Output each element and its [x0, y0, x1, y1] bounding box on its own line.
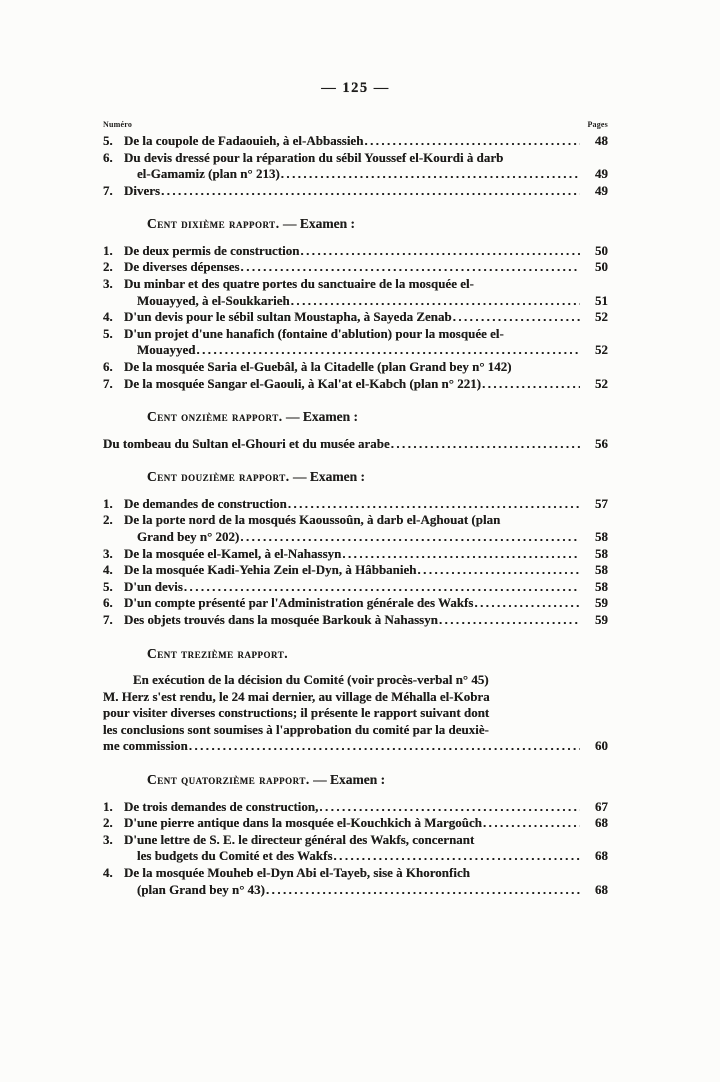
dot-leader: [364, 133, 580, 150]
dot-leader: [281, 166, 580, 183]
dot-leader: [474, 595, 580, 612]
pages-column-label: Pages: [587, 120, 608, 129]
page-ref: 52: [583, 376, 608, 393]
dot-leader: [418, 562, 580, 579]
toc-section: Cent dixième rapport. — Examen :1.De deu…: [103, 216, 608, 392]
column-headers: Numéro Pages: [103, 120, 608, 129]
toc-entry: 7.De la mosquée Sangar el-Gaouli, à Kal'…: [103, 376, 608, 393]
entry-text: De demandes de construction: [124, 496, 287, 513]
entry-text: (plan Grand bey n° 43): [137, 882, 265, 899]
toc-entry-line: 6.Du devis dressé pour la réparation du …: [103, 150, 608, 167]
entry-number: 7.: [103, 183, 124, 200]
toc-entry-line: 5.D'un devis58: [103, 579, 608, 596]
entry-text: De trois demandes de construction,: [124, 799, 318, 816]
paragraph-text: les conclusions sont soumises à l'approb…: [103, 722, 489, 739]
toc-entry: 4.D'un devis pour le sébil sultan Mousta…: [103, 309, 608, 326]
dot-leader: [391, 436, 580, 453]
toc-entry-line: 7.De la mosquée Sangar el-Gaouli, à Kal'…: [103, 376, 608, 393]
page-ref: 50: [583, 243, 608, 260]
toc-entry-line: 4.De la mosquée Mouheb el-Dyn Abi el-Tay…: [103, 865, 608, 882]
section-heading: Cent douzième rapport. — Examen :: [147, 469, 608, 486]
toc-entry-line: 7.Des objets trouvés dans la mosquée Bar…: [103, 612, 608, 629]
entry-text: De la mosquée Sangar el-Gaouli, à Kal'at…: [124, 376, 481, 393]
toc-entry-line: 5.De la coupole de Fadaouieh, à el-Abbas…: [103, 133, 608, 150]
paragraph-line: pour visiter diverses constructions; il …: [103, 705, 608, 722]
page-ref: 58: [583, 562, 608, 579]
page-ref: 59: [583, 612, 608, 629]
toc-entry-line: 3.D'une lettre de S. E. le directeur gén…: [103, 832, 608, 849]
dot-leader: [342, 546, 580, 563]
toc-section: Cent quatorzième rapport. — Examen :1.De…: [103, 772, 608, 898]
toc-entry: 7.Des objets trouvés dans la mosquée Bar…: [103, 612, 608, 629]
page-number: — 125 —: [103, 80, 608, 97]
entry-number: 7.: [103, 612, 124, 629]
toc-entry: 6.De la mosquée Saria el-Guebâl, à la Ci…: [103, 359, 608, 376]
toc-entry: 4.De la mosquée Mouheb el-Dyn Abi el-Tay…: [103, 865, 608, 898]
paragraph-line: En exécution de la décision du Comité (v…: [103, 672, 608, 689]
page-ref: 57: [583, 496, 608, 513]
dot-leader: [240, 529, 580, 546]
page-ref: 51: [583, 293, 608, 310]
page-ref: 68: [583, 848, 608, 865]
toc-entry-line: 6.D'un compte présenté par l'Administrat…: [103, 595, 608, 612]
entry-number: 2.: [103, 512, 124, 529]
toc-entry: 2.De la porte nord de la mosqués Kaousso…: [103, 512, 608, 545]
page-ref: 56: [583, 436, 608, 453]
entry-text: el-Gamamiz (plan n° 213): [137, 166, 280, 183]
scanned-document-page: — 125 — Numéro Pages 5.De la coupole de …: [0, 0, 720, 1082]
entry-text: De deux permis de construction: [124, 243, 300, 260]
toc-section: Cent trezième rapport.En exécution de la…: [103, 646, 608, 755]
toc-entry: Du tombeau du Sultan el-Ghouri et du mus…: [103, 436, 608, 453]
entry-text: Mouayyed: [137, 342, 196, 359]
entry-text: D'un devis pour le sébil sultan Moustaph…: [124, 309, 452, 326]
entry-number: 1.: [103, 799, 124, 816]
toc-entry-line: 1.De trois demandes de construction,67: [103, 799, 608, 816]
section-heading: Cent onzième rapport. — Examen :: [147, 409, 608, 426]
toc-entry-line: 2.D'une pierre antique dans la mosquée e…: [103, 815, 608, 832]
page-ref: 59: [583, 595, 608, 612]
toc-entry: 3.De la mosquée el-Kamel, à el-Nahassyn5…: [103, 546, 608, 563]
entry-text: D'un projet d'une hanafich (fontaine d'a…: [124, 326, 504, 343]
dot-leader: [197, 342, 581, 359]
toc-entry-line: 2.De la porte nord de la mosqués Kaousso…: [103, 512, 608, 529]
toc-entry: 1.De demandes de construction57: [103, 496, 608, 513]
entry-number: 2.: [103, 815, 124, 832]
toc-entry-line: Mouayyed, à el-Soukkarieh51: [103, 293, 608, 310]
page-ref: 68: [583, 882, 608, 899]
toc-entry: 7.Divers49: [103, 183, 608, 200]
toc-entry-line: 6.De la mosquée Saria el-Guebâl, à la Ci…: [103, 359, 608, 376]
entry-text: Grand bey n° 202): [137, 529, 239, 546]
entry-text: Divers: [124, 183, 160, 200]
toc-entry-line: el-Gamamiz (plan n° 213)49: [103, 166, 608, 183]
dot-leader: [189, 738, 580, 755]
paragraph-text: M. Herz s'est rendu, le 24 mai dernier, …: [103, 689, 490, 706]
dot-leader: [319, 799, 580, 816]
entry-number: 6.: [103, 595, 124, 612]
page-ref: 58: [583, 529, 608, 546]
toc-entry: 1.De deux permis de construction50: [103, 243, 608, 260]
entry-text: les budgets du Comité et des Wakfs: [137, 848, 333, 865]
toc-entry-line: 7.Divers49: [103, 183, 608, 200]
entry-text: De la coupole de Fadaouieh, à el-Abbassi…: [124, 133, 363, 150]
entry-number: 1.: [103, 496, 124, 513]
section-title: Cent trezième rapport.: [147, 646, 288, 661]
page-ref: 48: [583, 133, 608, 150]
paragraph-line: M. Herz s'est rendu, le 24 mai dernier, …: [103, 689, 608, 706]
toc-entry-line: 4.D'un devis pour le sébil sultan Mousta…: [103, 309, 608, 326]
entry-number: 4.: [103, 865, 124, 882]
entry-number: 2.: [103, 259, 124, 276]
entry-text: Du minbar et des quatre portes du sanctu…: [124, 276, 474, 293]
entry-text: Du devis dressé pour la réparation du sé…: [124, 150, 503, 167]
toc-entry: 3.Du minbar et des quatre portes du sanc…: [103, 276, 608, 309]
toc-entry-line: 5.D'un projet d'une hanafich (fontaine d…: [103, 326, 608, 343]
entry-number: 3.: [103, 276, 124, 293]
toc-entry: 5.D'un projet d'une hanafich (fontaine d…: [103, 326, 608, 359]
entry-text: De la mosquée Mouheb el-Dyn Abi el-Tayeb…: [124, 865, 470, 882]
entry-number: 6.: [103, 359, 124, 376]
toc-entry: 2.D'une pierre antique dans la mosquée e…: [103, 815, 608, 832]
toc-section: 5.De la coupole de Fadaouieh, à el-Abbas…: [103, 133, 608, 199]
dot-leader: [483, 815, 580, 832]
paragraph-text: me commission: [103, 738, 188, 755]
toc-entry-line: 1.De demandes de construction57: [103, 496, 608, 513]
dot-leader: [482, 376, 580, 393]
toc-entry-line: 3.De la mosquée el-Kamel, à el-Nahassyn5…: [103, 546, 608, 563]
toc-entry: 6.D'un compte présenté par l'Administrat…: [103, 595, 608, 612]
entry-text: Mouayyed, à el-Soukkarieh: [137, 293, 290, 310]
page-ref: 49: [583, 166, 608, 183]
toc-entry-line: 1.De deux permis de construction50: [103, 243, 608, 260]
dot-leader: [184, 579, 580, 596]
toc-entry: 5.De la coupole de Fadaouieh, à el-Abbas…: [103, 133, 608, 150]
dot-leader: [453, 309, 580, 326]
toc-entry-line: Mouayyed52: [103, 342, 608, 359]
dot-leader: [288, 496, 580, 513]
paragraph-text: pour visiter diverses constructions; il …: [103, 705, 489, 722]
toc-entry-line: 2.De diverses dépenses50: [103, 259, 608, 276]
page-ref: 52: [583, 309, 608, 326]
entry-text: De la mosquée Saria el-Guebâl, à la Cita…: [124, 359, 512, 376]
page-ref: 68: [583, 815, 608, 832]
toc-entry: 6.Du devis dressé pour la réparation du …: [103, 150, 608, 183]
toc-entry-line: les budgets du Comité et des Wakfs68: [103, 848, 608, 865]
page-content: — 125 — Numéro Pages 5.De la coupole de …: [0, 0, 720, 898]
page-ref: 58: [583, 579, 608, 596]
entry-number: 6.: [103, 150, 124, 167]
paragraph-text: En exécution de la décision du Comité (v…: [103, 672, 489, 689]
entry-number: 1.: [103, 243, 124, 260]
entry-text: D'un devis: [124, 579, 183, 596]
page-ref: 60: [583, 738, 608, 755]
section-heading-suffix: — Examen :: [283, 409, 358, 424]
toc-entry: 1.De trois demandes de construction,67: [103, 799, 608, 816]
section-title: Cent quatorzième rapport.: [147, 772, 310, 787]
entry-number: 3.: [103, 832, 124, 849]
entry-number: 3.: [103, 546, 124, 563]
section-heading-suffix: — Examen :: [280, 216, 355, 231]
entry-text: De diverses dépenses: [124, 259, 240, 276]
numero-column-label: Numéro: [103, 120, 132, 129]
dot-leader: [439, 612, 580, 629]
dot-leader: [334, 848, 580, 865]
section-title: Cent douzième rapport.: [147, 469, 290, 484]
entry-number: 7.: [103, 376, 124, 393]
toc-entry-line: Grand bey n° 202)58: [103, 529, 608, 546]
toc-entry: 5.D'un devis58: [103, 579, 608, 596]
paragraph-line: me commission60: [103, 738, 608, 755]
section-heading: Cent dixième rapport. — Examen :: [147, 216, 608, 233]
toc-entry-line: 3.Du minbar et des quatre portes du sanc…: [103, 276, 608, 293]
page-ref: 50: [583, 259, 608, 276]
entry-number: 5.: [103, 579, 124, 596]
section-heading: Cent quatorzième rapport. — Examen :: [147, 772, 608, 789]
toc-section: Cent douzième rapport. — Examen :1.De de…: [103, 469, 608, 628]
entry-number: 4.: [103, 562, 124, 579]
entry-text: De la mosquée el-Kamel, à el-Nahassyn: [124, 546, 341, 563]
entry-number: 5.: [103, 133, 124, 150]
entry-text: Des objets trouvés dans la mosquée Barko…: [124, 612, 438, 629]
section-title: Cent onzième rapport.: [147, 409, 283, 424]
page-ref: 49: [583, 183, 608, 200]
section-heading-suffix: — Examen :: [310, 772, 385, 787]
entry-text: D'une lettre de S. E. le directeur génér…: [124, 832, 474, 849]
toc-section: Cent onzième rapport. — Examen :Du tombe…: [103, 409, 608, 452]
entry-text: De la porte nord de la mosqués Kaoussoûn…: [124, 512, 500, 529]
report-summary-paragraph: En exécution de la décision du Comité (v…: [103, 672, 608, 755]
toc-body: 5.De la coupole de Fadaouieh, à el-Abbas…: [103, 133, 608, 898]
section-heading-suffix: — Examen :: [290, 469, 365, 484]
toc-entry: 3.D'une lettre de S. E. le directeur gén…: [103, 832, 608, 865]
toc-entry: 4.De la mosquée Kadi-Yehia Zein el-Dyn, …: [103, 562, 608, 579]
entry-text: D'une pierre antique dans la mosquée el-…: [124, 815, 482, 832]
toc-entry-line: Du tombeau du Sultan el-Ghouri et du mus…: [103, 436, 608, 453]
toc-entry-line: (plan Grand bey n° 43)68: [103, 882, 608, 899]
dot-leader: [161, 183, 580, 200]
entry-text: D'un compte présenté par l'Administratio…: [124, 595, 473, 612]
entry-text: De la mosquée Kadi-Yehia Zein el-Dyn, à …: [124, 562, 417, 579]
toc-entry: 2.De diverses dépenses50: [103, 259, 608, 276]
dot-leader: [291, 293, 580, 310]
dot-leader: [241, 259, 580, 276]
dot-leader: [301, 243, 581, 260]
section-heading: Cent trezième rapport.: [147, 646, 608, 663]
entry-number: 5.: [103, 326, 124, 343]
entry-text: Du tombeau du Sultan el-Ghouri et du mus…: [103, 436, 390, 453]
page-ref: 67: [583, 799, 608, 816]
section-title: Cent dixième rapport.: [147, 216, 280, 231]
page-ref: 52: [583, 342, 608, 359]
toc-entry-line: 4.De la mosquée Kadi-Yehia Zein el-Dyn, …: [103, 562, 608, 579]
paragraph-line: les conclusions sont soumises à l'approb…: [103, 722, 608, 739]
entry-number: 4.: [103, 309, 124, 326]
page-ref: 58: [583, 546, 608, 563]
dot-leader: [266, 882, 580, 899]
